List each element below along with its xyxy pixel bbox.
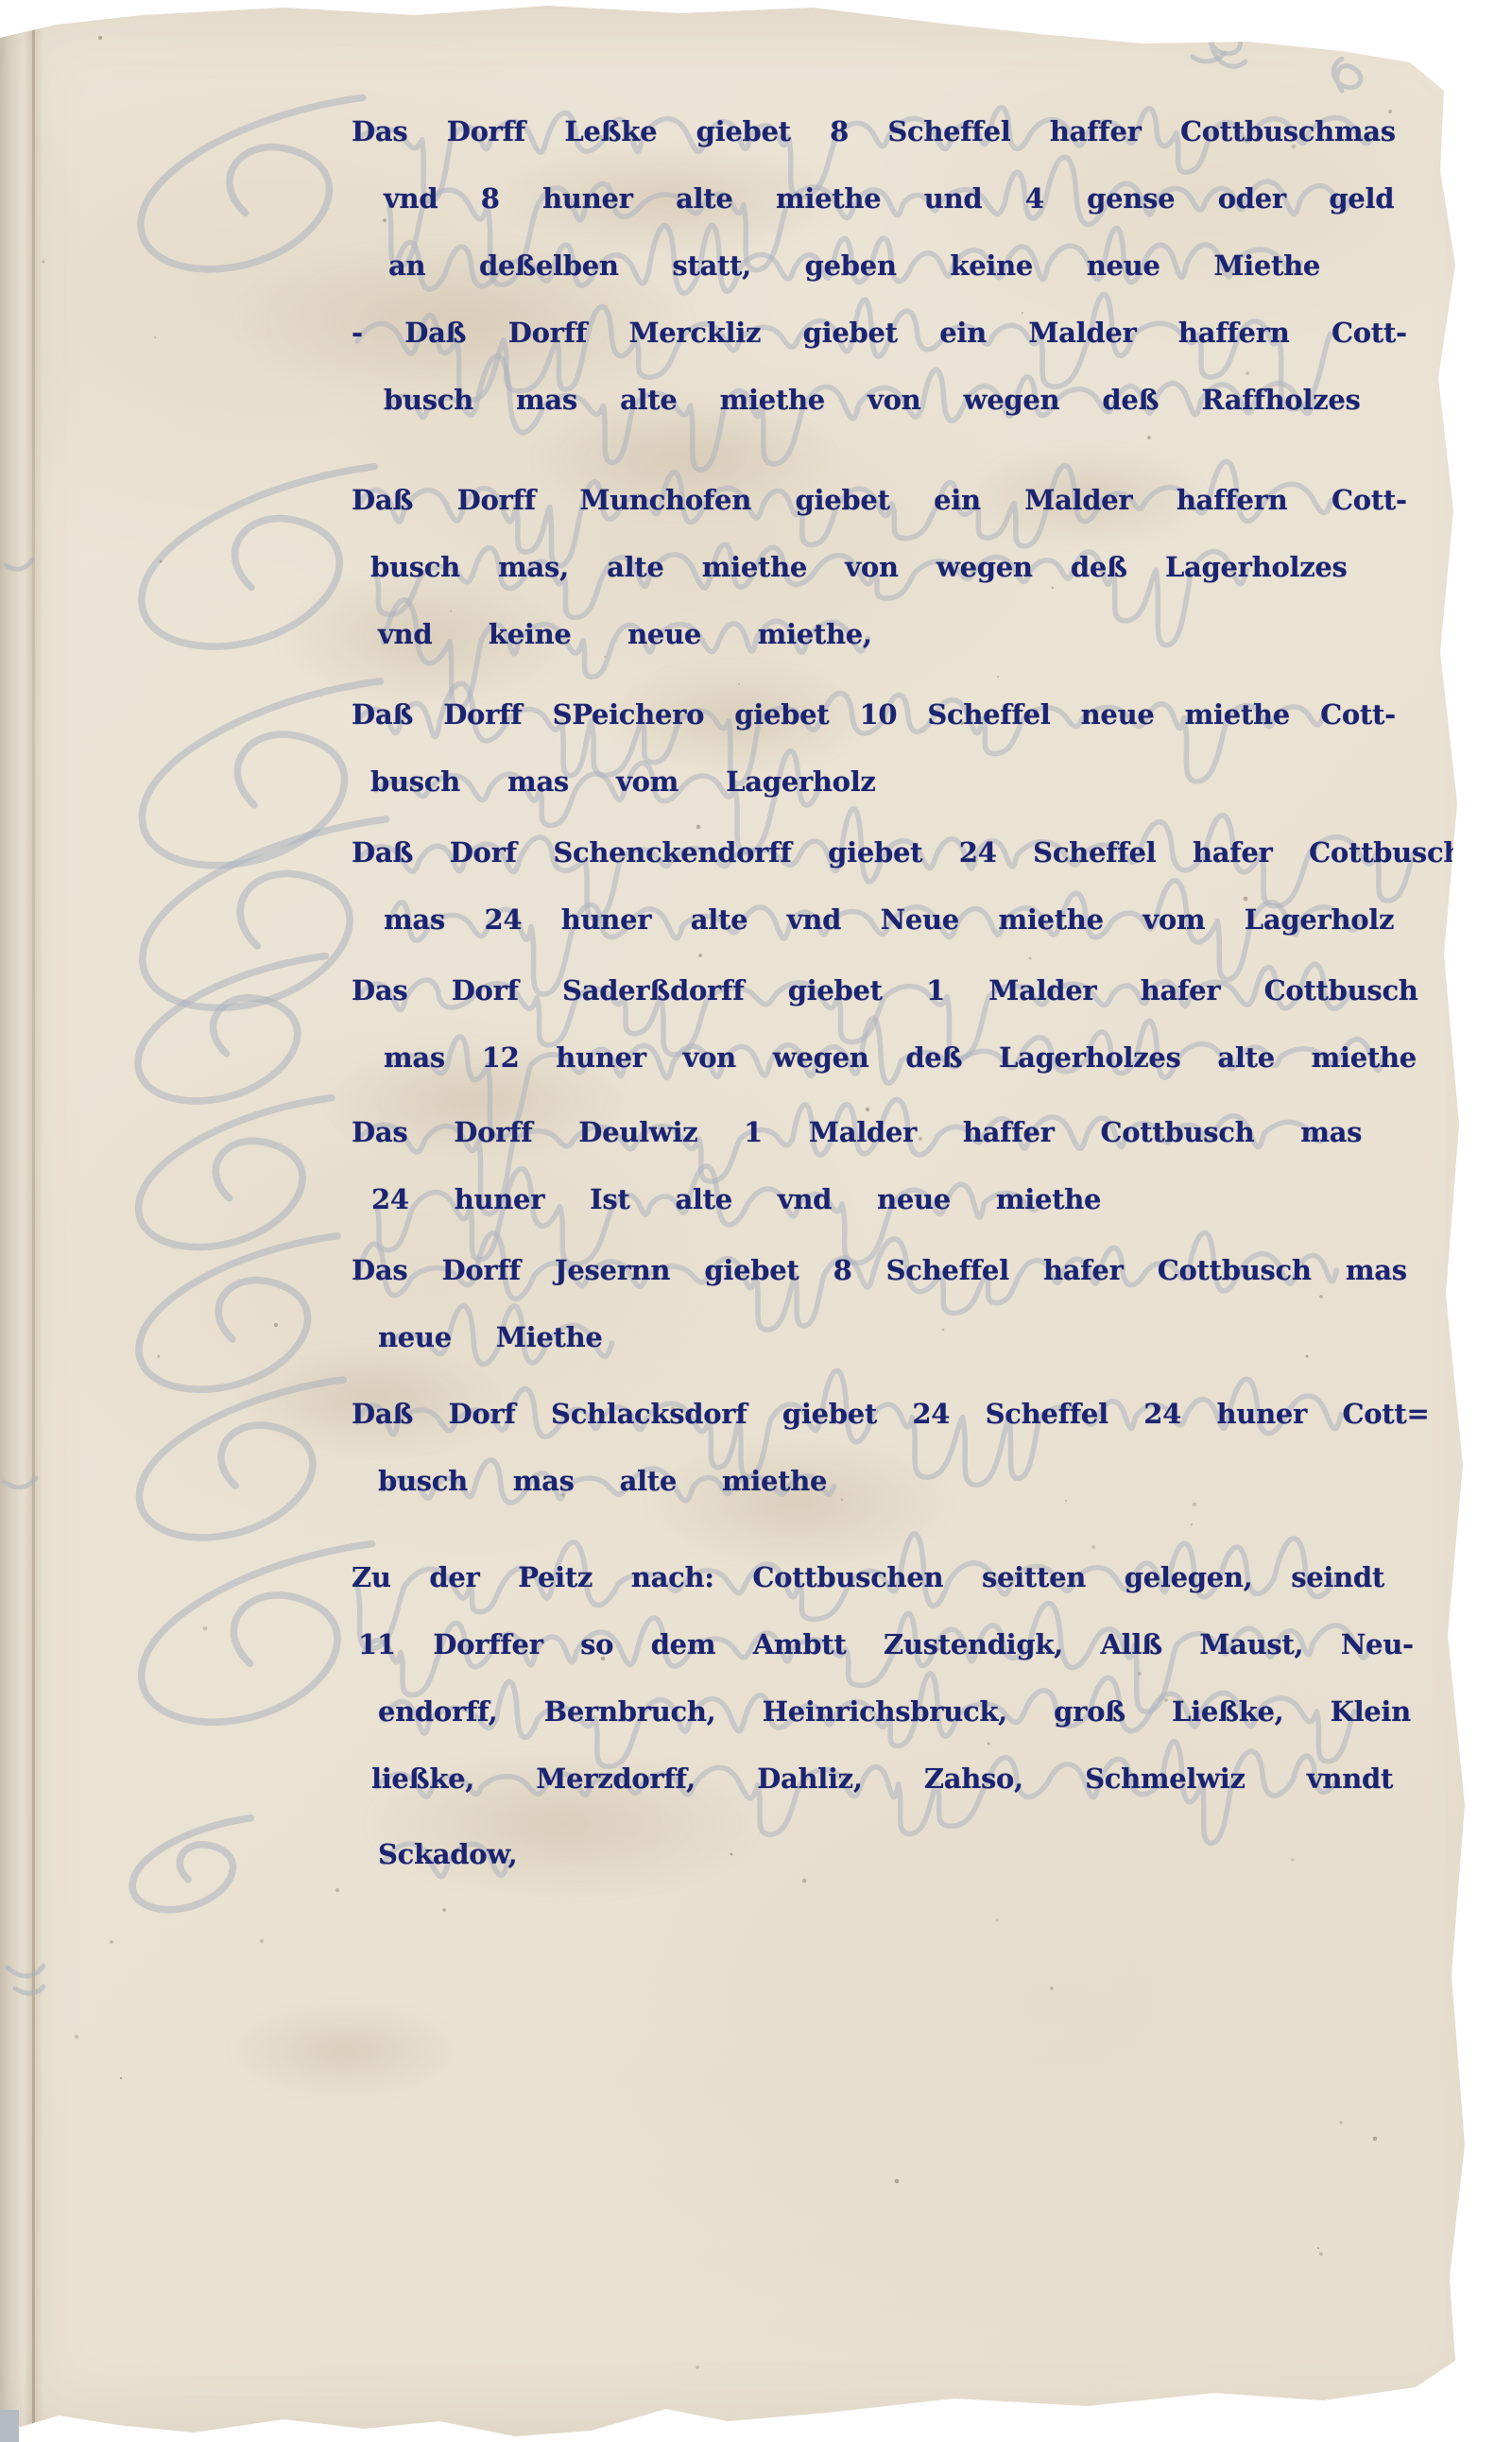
text-line: busch mas vom Lagerholz — [370, 748, 876, 816]
paragraph: Das Dorff Jesernn giebet 8 Scheffel hafe… — [352, 1237, 1474, 1371]
handwriting-flourish — [132, 1818, 250, 1910]
handwriting-flourish — [138, 956, 325, 1101]
text-line: - Daß Dorff Merckliz giebet ein Malder h… — [352, 300, 1407, 367]
ink-showthrough-stain — [227, 2003, 463, 2098]
text-line: Daß Dorf Schenckendorff giebet 24 Scheff… — [352, 819, 1463, 886]
paper-speck — [1373, 2137, 1378, 2141]
paper-speck — [160, 560, 163, 563]
handwriting-mark — [4, 1478, 36, 1488]
text-line: 11 Dorffer so dem Ambtt Zustendigk, Allß… — [358, 1611, 1414, 1678]
text-line: Das Dorff Jesernn giebet 8 Scheffel hafe… — [352, 1237, 1407, 1304]
binding-edge — [0, 0, 43, 2442]
text-line: Das Dorf Saderßdorff giebet 1 Malder haf… — [352, 957, 1418, 1024]
transcription-text: Das Dorff Leßke giebet 8 Scheffel haffer… — [352, 98, 1474, 1888]
handwriting-flourish — [142, 681, 380, 866]
handwriting-flourish — [139, 1380, 343, 1538]
handwriting-mark — [8, 1966, 43, 1993]
handwriting-flourish — [143, 819, 387, 1007]
handwriting-flourish — [141, 97, 363, 268]
text-line: ließke, Merzdorff, Dahliz, Zahso, Schmel… — [371, 1746, 1393, 1813]
paragraph: Sckadow, — [352, 1821, 1474, 1888]
paper-speck — [110, 1940, 112, 1943]
text-line: mas 12 huner von wegen deß Lagerholzes a… — [384, 1024, 1417, 1092]
paper-speck — [1340, 2122, 1343, 2124]
paragraph: - Daß Dorff Merckliz giebet ein Malder h… — [352, 300, 1474, 434]
text-line: Das Dorff Leßke giebet 8 Scheffel haffer… — [352, 98, 1396, 165]
handwriting-mark — [1193, 53, 1225, 61]
manuscript-page: Das Dorff Leßke giebet 8 Scheffel haffer… — [0, 0, 1512, 2442]
text-line: vnd keine neue miethe, — [378, 601, 872, 668]
paragraph: Daß Dorf Schlacksdorf giebet 24 Scheffel… — [352, 1381, 1474, 1515]
text-line: busch mas alte miethe — [378, 1448, 827, 1515]
text-line: 24 huner Ist alte vnd neue miethe — [371, 1166, 1101, 1233]
paper-speck — [154, 336, 156, 338]
paragraph: Das Dorf Saderßdorff giebet 1 Malder haf… — [352, 957, 1474, 1092]
text-line: mas 24 huner alte vnd Neue miethe vom La… — [384, 886, 1394, 954]
handwriting-mark — [6, 559, 32, 569]
text-line: busch mas, alte miethe von wegen deß Lag… — [370, 534, 1348, 601]
paper-speck — [1050, 1986, 1054, 1990]
handwriting-flourish — [139, 1098, 332, 1247]
paragraph: Daß Dorff SPeichero giebet 10 Scheffel n… — [352, 681, 1474, 816]
text-line: Daß Dorf Schlacksdorf giebet 24 Scheffel… — [352, 1381, 1429, 1448]
paper-speck — [1319, 2252, 1323, 2256]
paper-speck — [158, 1355, 161, 1358]
paper-speck — [895, 2179, 900, 2184]
paper-speck — [442, 1908, 446, 1912]
paper-speck — [1317, 2247, 1319, 2249]
paragraph: Das Dorff Leßke giebet 8 Scheffel haffer… — [352, 98, 1474, 300]
text-line: Daß Dorff SPeichero giebet 10 Scheffel n… — [352, 681, 1396, 748]
text-line: vnd 8 huner alte miethe und 4 gense oder… — [384, 165, 1394, 232]
text-line: Das Dorff Deulwiz 1 Malder haffer Cottbu… — [352, 1099, 1362, 1166]
paper-speck — [203, 1626, 208, 1631]
scanned-manuscript-screenshot: { "page": { "paper_color": "#eae2d3", "i… — [0, 0, 1512, 2442]
paper-speck — [996, 1919, 999, 1922]
text-line: Zu der Peitz nach: Cottbuschen seitten g… — [352, 1544, 1384, 1611]
paragraph: Das Dorff Deulwiz 1 Malder haffer Cottbu… — [352, 1099, 1474, 1233]
scan-artifact — [0, 2410, 19, 2442]
paper-speck — [43, 261, 45, 264]
text-line: endorff, Bernbruch, Heinrichsbruck, groß… — [378, 1678, 1411, 1746]
paper-speck — [260, 1939, 264, 1943]
paper-speck — [75, 2035, 79, 2039]
handwriting-flourishes — [132, 97, 387, 1909]
paper-speck — [98, 36, 102, 40]
handwriting-flourish — [139, 1236, 337, 1389]
handwriting-flourish — [142, 1544, 372, 1723]
paper-speck — [335, 1888, 339, 1892]
text-line: busch mas alte miethe von wegen deß Raff… — [384, 367, 1361, 434]
handwriting-flourish — [142, 467, 374, 646]
paper-speck — [120, 2077, 122, 2079]
text-line: Daß Dorff Munchofen giebet ein Malder ha… — [352, 467, 1407, 534]
text-line: neue Miethe — [378, 1304, 603, 1371]
paragraph: Daß Dorff Munchofen giebet ein Malder ha… — [352, 467, 1474, 668]
text-line: an deßelben statt, geben keine neue Miet… — [388, 232, 1320, 300]
handwriting-mark — [1210, 21, 1246, 66]
paper-speck — [696, 2365, 699, 2369]
paper-speck — [274, 1323, 278, 1327]
paragraph: Zu der Peitz nach: Cottbuschen seitten g… — [352, 1544, 1474, 1813]
fold-crease — [32, 0, 35, 2442]
handwriting-mark — [1333, 59, 1361, 91]
text-line: Sckadow, — [378, 1821, 535, 1888]
paragraph: Daß Dorf Schenckendorff giebet 24 Scheff… — [352, 819, 1474, 954]
